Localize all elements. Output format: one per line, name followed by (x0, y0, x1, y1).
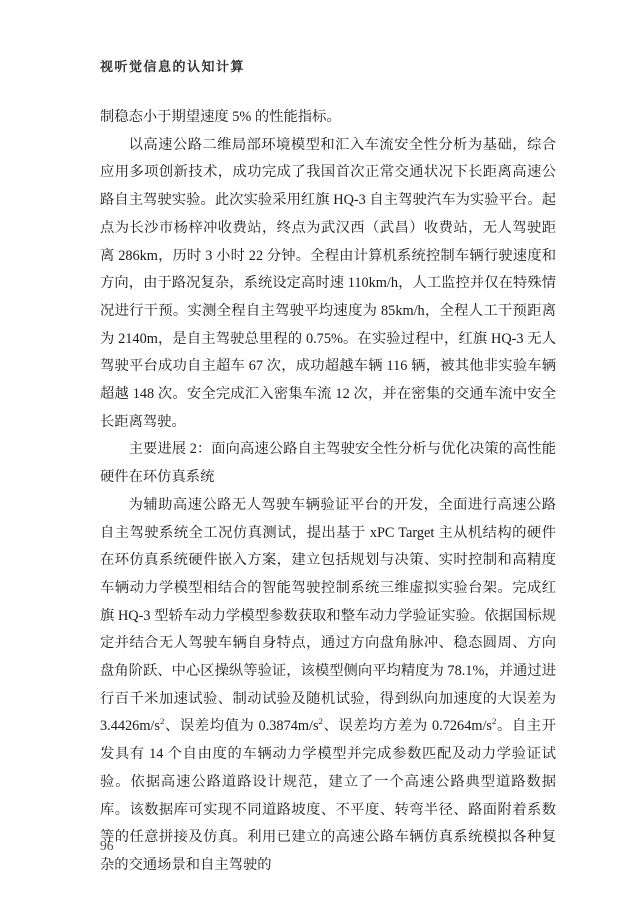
text-run: 以高速公路二维局部环境模型和汇入车流安全性分析为基础，综合应用多项创新技术，成功… (100, 137, 556, 430)
document-page: 视听觉信息的认知计算 制稳态小于期望速度 5% 的性能指标。以高速公路二维局部环… (0, 0, 643, 908)
text-run: 、误差均方差为 0.7264m/s (323, 718, 492, 734)
page-number: 96 (100, 838, 114, 854)
paragraph: 主要进展 2：面向高速公路自主驾驶安全性分析与优化决策的高性能硬件在环仿真系统 (100, 436, 556, 491)
text-run: 为辅助高速公路无人驾驶车辆验证平台的开发，全面进行高速公路自主驾驶系统全工况仿真… (100, 497, 556, 735)
paragraph: 制稳态小于期望速度 5% 的性能指标。 (100, 104, 556, 132)
text-run: 、误差均值为 0.3874m/s (164, 718, 318, 734)
body-text-block: 制稳态小于期望速度 5% 的性能指标。以高速公路二维局部环境模型和汇入车流安全性… (100, 104, 556, 880)
text-run: 。自主开发具有 14 个自由度的车辆动力学模型并完成参数匹配及动力学验证试验。依… (100, 718, 556, 873)
paragraph: 为辅助高速公路无人驾驶车辆验证平台的开发，全面进行高速公路自主驾驶系统全工况仿真… (100, 492, 556, 880)
text-run: 制稳态小于期望速度 5% 的性能指标。 (100, 109, 341, 125)
paragraph: 以高速公路二维局部环境模型和汇入车流安全性分析为基础，综合应用多项创新技术，成功… (100, 132, 556, 437)
text-run: 主要进展 2：面向高速公路自主驾驶安全性分析与优化决策的高性能硬件在环仿真系统 (100, 441, 556, 485)
running-head: 视听觉信息的认知计算 (100, 56, 245, 75)
